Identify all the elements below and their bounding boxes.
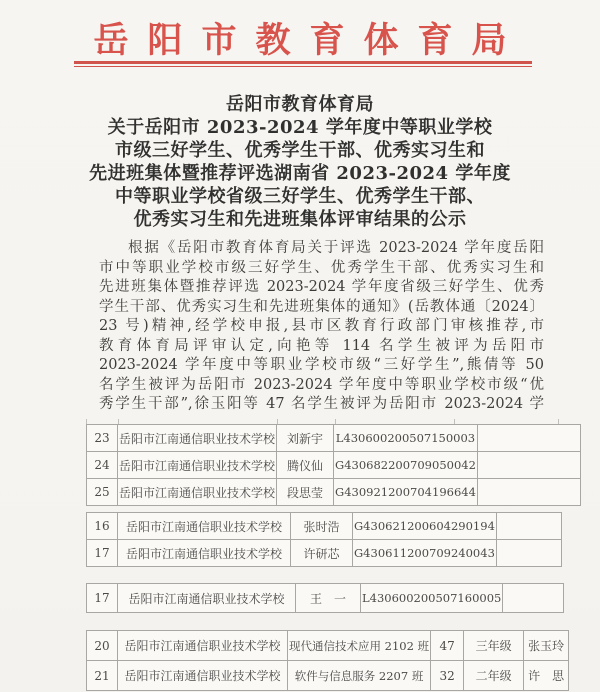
table-cell: 岳阳市江南通信职业技术学校 [118,452,277,479]
table-row: 17岳阳市江南通信职业技术学校王 一L430600200507160005 [87,584,564,613]
table-cell: G430621200604290194 [353,513,497,540]
table-cell: 王 一 [296,584,361,613]
body-paragraph-line-9: 秀学生干部”,徐玉阳等 47 名学生被评为岳阳市 2023-2024 学 [99,395,544,415]
table-cell: 47 [431,631,464,661]
table-cell [496,513,561,540]
table-cell: 20 [87,631,118,661]
table-cell: 段思莹 [277,479,334,506]
table-row: 20岳阳市江南通信职业技术学校现代通信技术应用 2102 班47三年级张玉玲 [87,631,569,661]
bureau-masthead-title: 岳阳市教育体育局 [0,13,600,63]
table-cell: 岳阳市江南通信职业技术学校 [118,425,277,452]
table-cell: 许研芯 [291,540,353,567]
body-paragraph-line-5: 23 号)精神,经学校申报,县市区教育行政部门审核推荐,市 [99,317,544,337]
table-cell [477,452,580,479]
table-continuation-stub [277,419,278,424]
body-paragraph-line-7: 2023-2024 学年度中等职业学校市级“三好学生”,熊倩等 50 [99,356,544,376]
body-paragraph-line-1: 根据《岳阳市教育体育局关于评选 2023-2024 学年度岳阳 [99,239,544,259]
table-cell: 岳阳市江南通信职业技术学校 [118,513,291,540]
table-cell: 软件与信息服务 2207 班 [288,661,431,691]
body-paragraph-line-3: 先进班集体暨推荐评选 2023-2024 学年度省级三好学生、优秀 [99,278,544,298]
table-cell: 岳阳市江南通信职业技术学校 [118,661,288,691]
award-table-excellent-interns: 17岳阳市江南通信职业技术学校王 一L430600200507160005 [86,583,564,613]
table-row: 21岳阳市江南通信职业技术学校软件与信息服务 2207 班32二年级许 思 [87,661,569,691]
document-title-line-4: 先进班集体暨推荐评选湖南省 2023-2024 学年度 [0,162,600,185]
table-cell [496,540,561,567]
table-continuation-stub [118,419,119,424]
document-title-line-2: 关于岳阳市 2023-2024 学年度中等职业学校 [0,116,600,139]
document-title-line-5: 中等职业学校省级三好学生、优秀学生干部、 [0,185,600,208]
table-cell: G430921200704196644 [334,479,478,506]
table-cell: L430600200507150003 [334,425,478,452]
table-cell: 岳阳市江南通信职业技术学校 [118,479,277,506]
document-title-line-6: 优秀实习生和先进班集体评审结果的公示 [0,208,600,231]
body-paragraph-line-4: 学生干部、优秀实习生和先进班集体的通知》(岳教体通〔2024〕 [99,298,544,318]
table-continuation-stub [86,419,87,424]
table-cell [503,584,564,613]
table-cell: G430611200709240043 [353,540,497,567]
table-cell: 24 [87,452,118,479]
table-row: 24岳阳市江南通信职业技术学校腾仪仙G430682200709050042 [87,452,581,479]
table-row: 17岳阳市江南通信职业技术学校许研芯G430611200709240043 [87,540,562,567]
table-cell: 岳阳市江南通信职业技术学校 [118,631,288,661]
scanned-document-page: 岳阳市教育体育局 岳阳市教育体育局关于岳阳市 2023-2024 学年度中等职业… [0,0,600,692]
table-cell: 二年级 [464,661,524,691]
table-cell: 现代通信技术应用 2102 班 [288,631,431,661]
table-cell: 17 [87,584,118,613]
award-table-sanhao-students: 23岳阳市江南通信职业技术学校刘新宇L43060020050715000324岳… [86,424,581,506]
body-paragraph-line-2: 市中等职业学校市级三好学生、优秀学生干部、优秀实习生和 [99,259,544,279]
table-cell: L430600200507160005 [361,584,503,613]
body-paragraph-line-6: 教育体育局评审认定,向艳等 114 名学生被评为岳阳市 [99,337,544,357]
table-row: 25岳阳市江南通信职业技术学校段思莹G430921200704196644 [87,479,581,506]
table-cell: 21 [87,661,118,691]
table-cell: G430682200709050042 [334,452,478,479]
document-title-line-1: 岳阳市教育体育局 [0,93,600,116]
table-cell [477,425,580,452]
table-cell: 32 [431,661,464,691]
table-continuation-stub [558,419,559,424]
body-paragraph: 根据《岳阳市教育体育局关于评选 2023-2024 学年度岳阳市中等职业学校市级… [99,239,544,415]
table-cell: 23 [87,425,118,452]
table-cell: 17 [87,540,118,567]
table-row: 16岳阳市江南通信职业技术学校张时浩G430621200604290194 [87,513,562,540]
body-paragraph-line-8: 名学生被评为岳阳市 2023-2024 学年度中等职业学校市级“优 [99,376,544,396]
document-title: 岳阳市教育体育局关于岳阳市 2023-2024 学年度中等职业学校市级三好学生、… [0,93,600,231]
table-cell: 张时浩 [291,513,353,540]
table-cell: 腾仪仙 [277,452,334,479]
award-table-advanced-classes: 20岳阳市江南通信职业技术学校现代通信技术应用 2102 班47三年级张玉玲21… [86,630,569,691]
table-cell: 岳阳市江南通信职业技术学校 [118,584,296,613]
document-title-line-3: 市级三好学生、优秀学生干部、优秀实习生和 [0,139,600,162]
table-continuation-stub [454,419,455,424]
table-cell: 三年级 [464,631,524,661]
table-row: 23岳阳市江南通信职业技术学校刘新宇L430600200507150003 [87,425,581,452]
table-cell [477,479,580,506]
table-cell: 25 [87,479,118,506]
table-cell: 许 思 [524,661,569,691]
table-cell: 刘新宇 [277,425,334,452]
table-continuation-stub [335,419,336,424]
table-cell: 张玉玲 [524,631,569,661]
table-cell: 16 [87,513,118,540]
award-table-excellent-cadres: 16岳阳市江南通信职业技术学校张时浩G43062120060429019417岳… [86,512,562,567]
masthead-red-divider [74,61,532,67]
table-cell: 岳阳市江南通信职业技术学校 [118,540,291,567]
